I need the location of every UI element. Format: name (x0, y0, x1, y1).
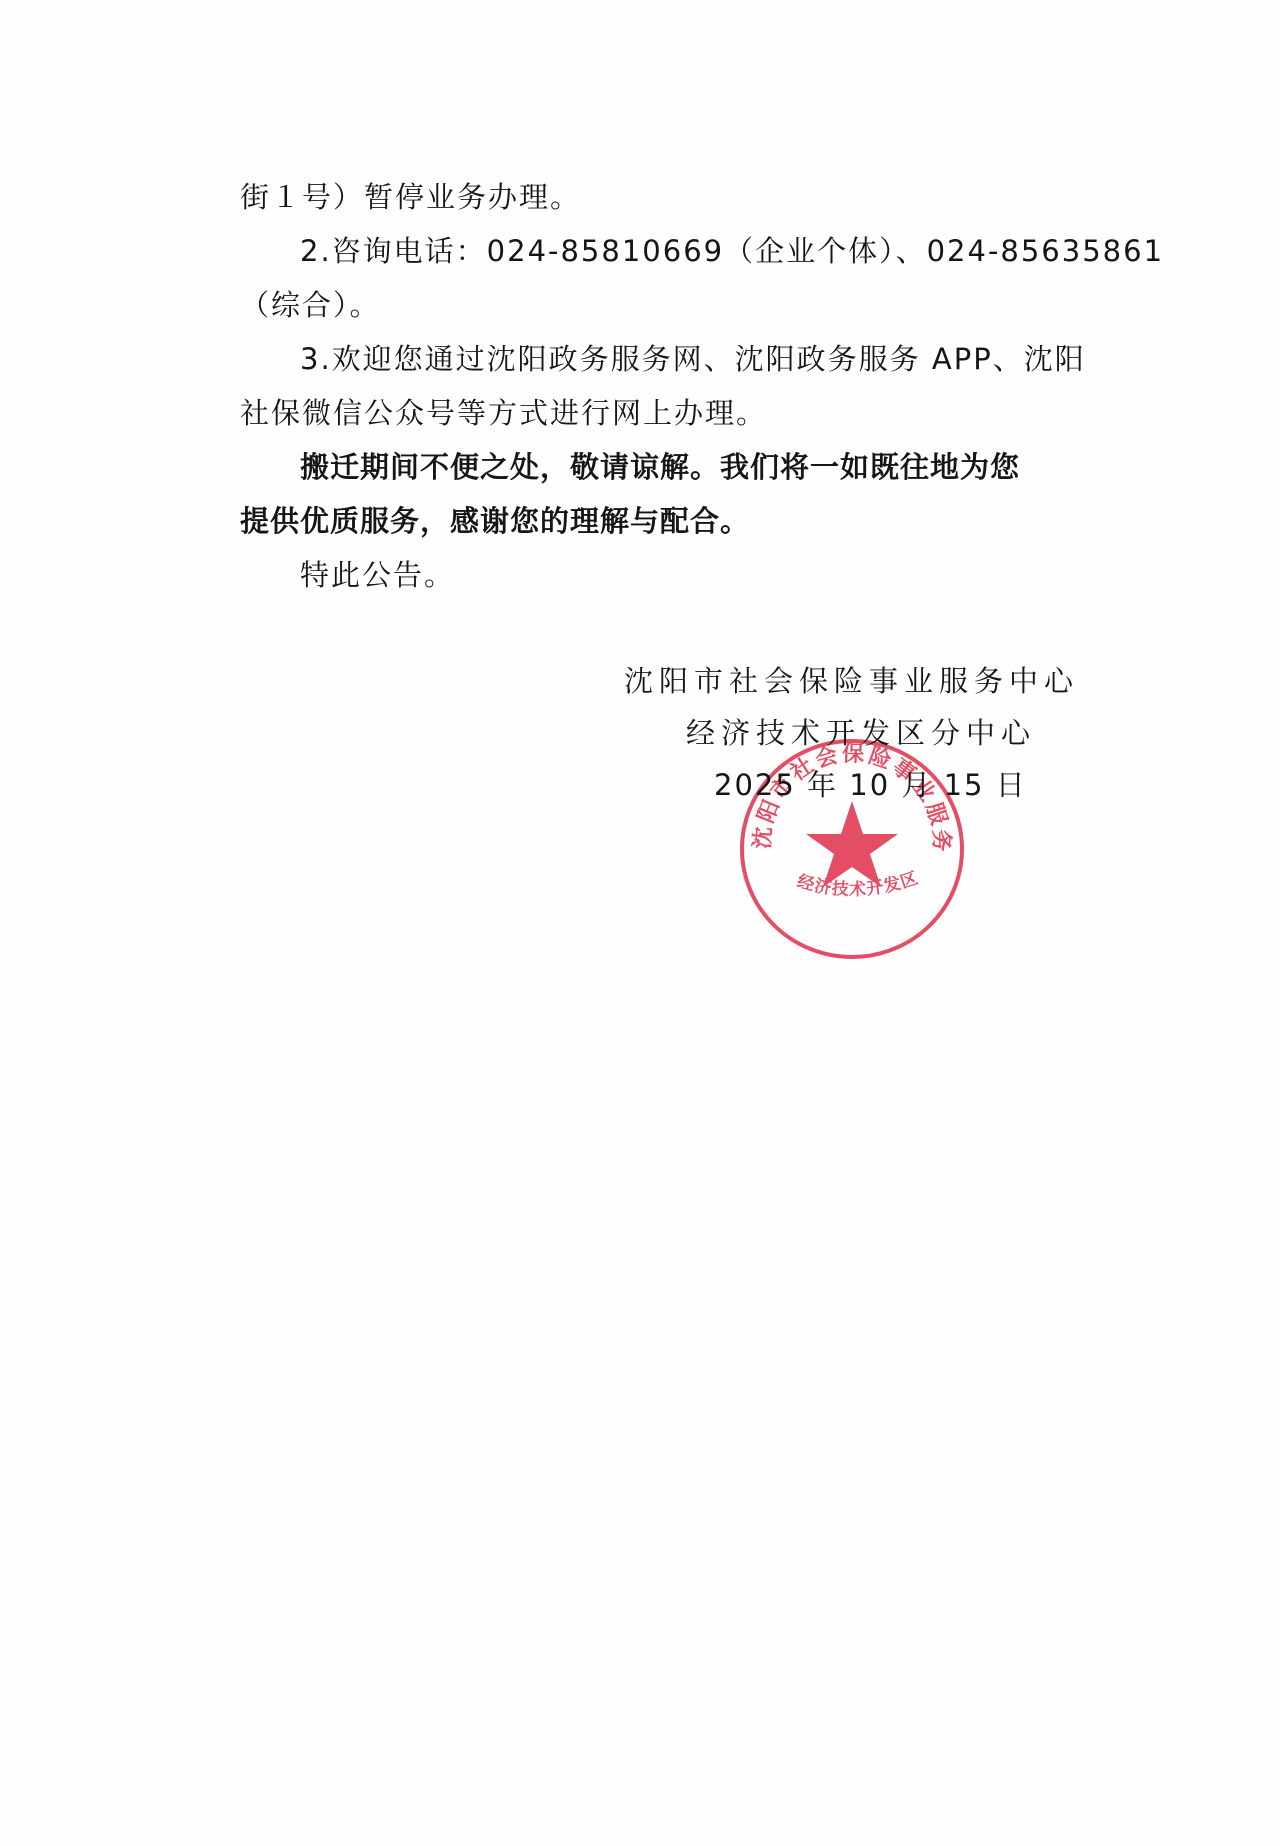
paragraph-apology-cont: 提供优质服务，感谢您的理解与配合。 (240, 501, 750, 541)
paragraph-consult-phone-cont: （综合）。 (240, 285, 381, 325)
document-page: 街１号）暂停业务办理。 2.咨询电话：024-85810669（企业个体）、02… (0, 0, 1280, 1846)
paragraph-consult-phone: 2.咨询电话：024-85810669（企业个体）、024-85635861 (300, 231, 1164, 271)
signature-org-name: 沈阳市社会保险事业服务中心 (624, 661, 1079, 701)
signature-branch-name: 经济技术开发区分中心 (686, 713, 1036, 753)
paragraph-online-service: 3.欢迎您通过沈阳政务服务网、沈阳政务服务 APP、沈阳 (300, 339, 1086, 379)
closing-statement: 特此公告。 (300, 555, 455, 595)
seal-star-icon (806, 801, 898, 887)
signature-date: 2025 年 10 月 15 日 (714, 765, 1027, 805)
paragraph-apology: 搬迁期间不便之处，敬请谅解。我们将一如既往地为您 (300, 447, 1020, 487)
paragraph-online-service-cont: 社保微信公众号等方式进行网上办理。 (240, 393, 767, 433)
paragraph-line-address-end: 街１号）暂停业务办理。 (240, 177, 581, 217)
